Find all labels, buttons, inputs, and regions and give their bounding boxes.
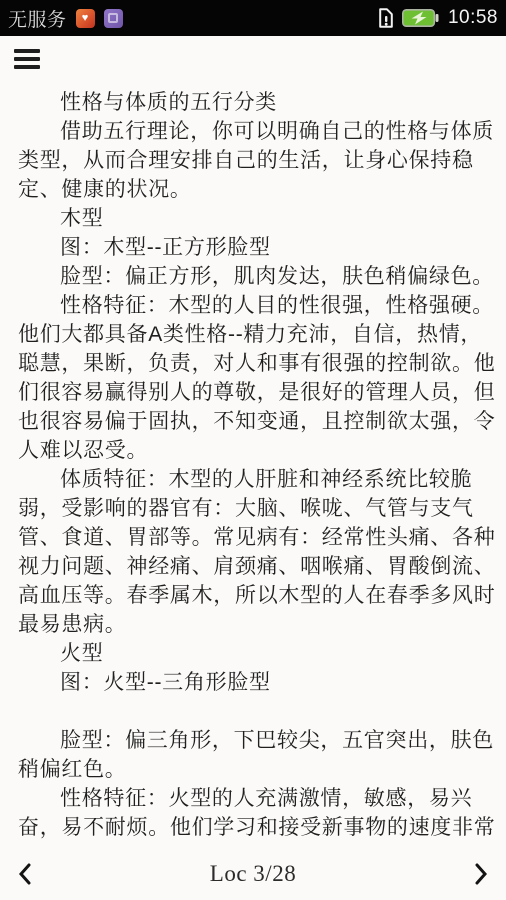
reader-content: 性格与体质的五行分类借助五行理论，你可以明确自己的性格与体质类型，从而合理安排自…: [18, 88, 496, 842]
heart-icon: ♥: [82, 13, 89, 24]
status-bar-right: 10:58: [377, 7, 498, 29]
menu-bar: [14, 57, 40, 61]
battery-charging-icon: [402, 9, 439, 27]
menu-bar: [14, 65, 40, 69]
paragraph: 性格特征：火型的人充满激情，敏感，易兴奋，易不耐烦。他们学习和接受新事物的速度非…: [18, 784, 496, 842]
paragraph: 脸型：偏正方形，肌肉发达，肤色稍偏绿色。: [18, 262, 496, 291]
paragraph: 火型: [18, 639, 496, 668]
notification-icon-purple: [104, 9, 123, 28]
chevron-right-icon: [474, 862, 488, 886]
location-indicator: Loc 3/28: [210, 861, 296, 887]
paragraph: 木型: [18, 204, 496, 233]
paragraph: 性格与体质的五行分类: [18, 88, 496, 117]
paragraph-spacer: [18, 697, 496, 726]
app-glyph-icon: [108, 13, 118, 23]
paragraph: 性格特征：木型的人目的性很强，性格强硬。他们大都具备A类性格--精力充沛，自信，…: [18, 291, 496, 465]
reader-page[interactable]: 性格与体质的五行分类借助五行理论，你可以明确自己的性格与体质类型，从而合理安排自…: [0, 36, 506, 848]
paragraph: 借助五行理论，你可以明确自己的性格与体质类型，从而合理安排自己的生活，让身心保持…: [18, 117, 496, 204]
paragraph: 体质特征：木型的人肝脏和神经系统比较脆弱，受影响的器官有：大脑、喉咙、气管与支气…: [18, 465, 496, 639]
paragraph: 图：火型--三角形脸型: [18, 668, 496, 697]
chevron-left-icon: [18, 862, 32, 886]
carrier-label: 无服务: [8, 5, 67, 32]
notification-icon-orange: ♥: [76, 9, 95, 28]
paragraph: 脸型：偏三角形，下巴较尖，五官突出，肤色稍偏红色。: [18, 726, 496, 784]
status-bar-left: 无服务 ♥: [8, 5, 123, 32]
clock: 10:58: [448, 7, 498, 29]
footer-bar: Loc 3/28: [0, 848, 506, 900]
menu-bar: [14, 49, 40, 53]
prev-page-button[interactable]: [8, 857, 42, 891]
no-sim-icon: [377, 8, 393, 28]
status-bar: 无服务 ♥ 10:58: [0, 0, 506, 36]
next-page-button[interactable]: [464, 857, 498, 891]
menu-icon[interactable]: [14, 48, 42, 70]
paragraph: 图：木型--正方形脸型: [18, 233, 496, 262]
screen: 无服务 ♥ 10:58 性格与体质的五行分类借助五行理论，你可以明确自己的性格与…: [0, 0, 506, 900]
